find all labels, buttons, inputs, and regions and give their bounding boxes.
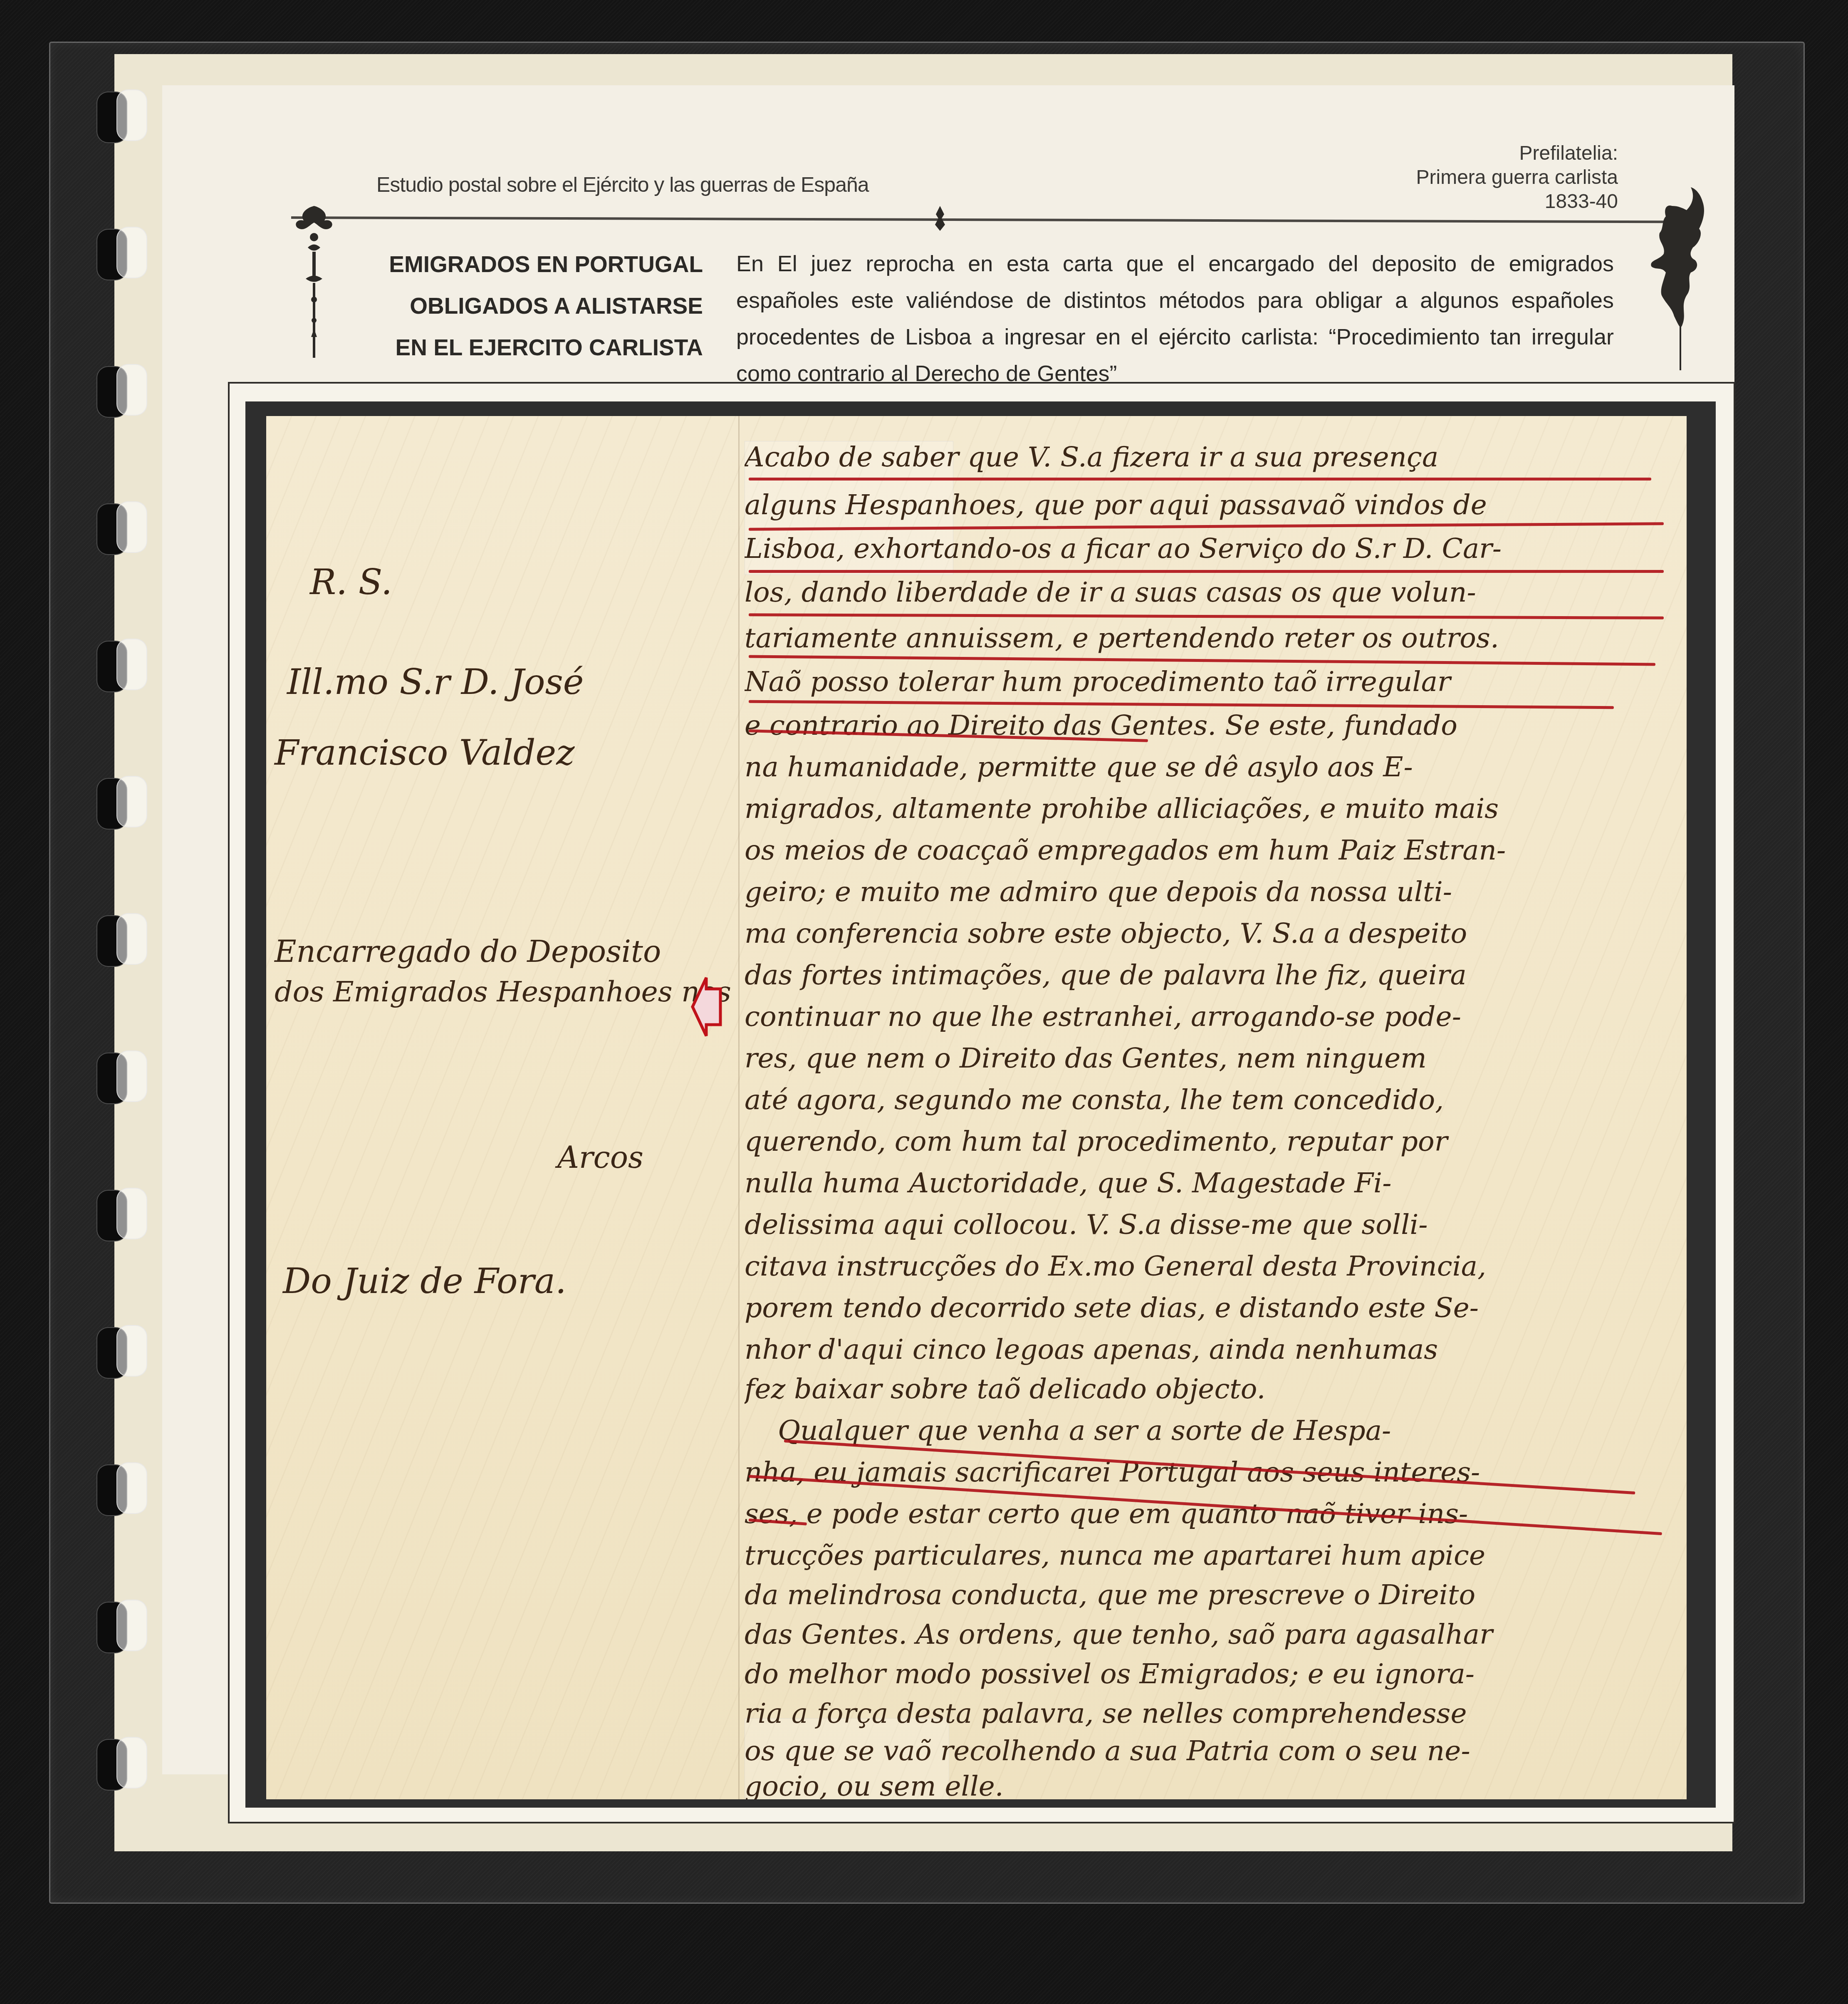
red-underline <box>749 655 1655 666</box>
fold-line <box>738 416 740 1799</box>
rule-ornament-icon <box>932 204 948 233</box>
exhibit-description: En El juez reprocha en esta carta que el… <box>736 245 1614 392</box>
red-arrow-marker-icon <box>690 976 724 1038</box>
letter-line: alguns Hespanhoes, que por aqui passavaõ… <box>745 489 1672 521</box>
letter-line: gocio, ou sem elle. <box>745 1770 1672 1799</box>
letter-line: trucções particulares, nunca me apartare… <box>745 1539 1672 1571</box>
griffin-ornament-icon <box>1641 171 1707 370</box>
letter-line: do melhor modo possivel os Emigrados; e … <box>745 1658 1672 1690</box>
red-underline <box>749 700 1614 709</box>
letter-line: ria a força desta palavra, se nelles com… <box>745 1697 1672 1729</box>
letter-line: até agora, segundo me consta, lhe tem co… <box>745 1084 1672 1116</box>
category-line: 1833-40 <box>1289 190 1618 214</box>
address-line: Arcos <box>557 1140 643 1175</box>
category-block: Prefilatelia: Primera guerra carlista 18… <box>1289 141 1618 214</box>
letter-line: citava instrucções do Ex.mo General dest… <box>745 1250 1672 1282</box>
address-line: Do Juiz de Fora. <box>283 1261 567 1301</box>
letter-line: nhor d'aqui cinco legoas apenas, ainda n… <box>745 1333 1672 1365</box>
address-line: Francisco Valdez <box>275 732 575 773</box>
letter-line: Qualquer que venha a ser a sorte de Hesp… <box>778 1414 1687 1447</box>
series-title: Estudio postal sobre el Ejército y las g… <box>376 173 869 197</box>
address-line: R. S. <box>310 562 392 602</box>
letter-line: continuar no que lhe estranhei, arrogand… <box>745 1001 1672 1033</box>
letter-line: ma conferencia sobre este objecto, V. S.… <box>745 917 1672 949</box>
letter-line: os meios de coacçaõ empregados em hum Pa… <box>745 834 1672 866</box>
letter-line: os que se vaõ recolhendo a sua Patria co… <box>745 1735 1672 1767</box>
letter-line: res, que nem o Direito das Gentes, nem n… <box>745 1042 1672 1074</box>
letter-line: na humanidade, permitte que se dê asylo … <box>745 751 1672 783</box>
letter-line: das fortes intimações, que de palavra lh… <box>745 959 1672 991</box>
letter-line: querendo, com hum tal procedimento, repu… <box>745 1125 1672 1157</box>
red-underline <box>749 478 1651 481</box>
category-line: Primera guerra carlista <box>1289 166 1618 190</box>
letter-line: Acabo de saber que V. S.a fizera ir a su… <box>745 441 1672 473</box>
letter-line: Naõ posso tolerar hum procedimento taõ i… <box>745 666 1672 698</box>
letter-line: los, dando liberdade de ir a suas casas … <box>745 576 1672 608</box>
letter-line: das Gentes. As ordens, que tenho, saõ pa… <box>745 1618 1672 1650</box>
address-line: Ill.mo S.r D. José <box>287 661 584 702</box>
letter-line: e contrario ao Direito das Gentes. Se es… <box>745 709 1672 741</box>
exhibit-title-line: OBLIGADOS A ALISTARSE <box>362 285 703 327</box>
red-underline <box>749 570 1664 573</box>
letter-line: Lisboa, exhortando-os a ficar ao Serviço… <box>745 533 1672 565</box>
red-underline <box>749 613 1664 619</box>
letter-line: geiro; e muito me admiro que depois da n… <box>745 876 1672 908</box>
letter-document: R. S. Ill.mo S.r D. José Francisco Valde… <box>266 416 1687 1799</box>
fleuron-ornament-icon <box>291 204 337 362</box>
binder-holes <box>50 92 116 1860</box>
letter-line: da melindrosa conducta, que me prescreve… <box>745 1579 1672 1611</box>
letter-line: nulla huma Auctoridade, que S. Magestade… <box>745 1167 1672 1199</box>
exhibit-title-line: EN EL EJERCITO CARLISTA <box>362 327 703 368</box>
address-line: dos Emigrados Hespanhoes nos <box>275 976 731 1008</box>
letter-line: migrados, altamente prohibe alliciações,… <box>745 793 1672 825</box>
exhibit-title: EMIGRADOS EN PORTUGAL OBLIGADOS A ALISTA… <box>362 243 703 368</box>
address-line: Encarregado do Deposito <box>275 934 661 969</box>
letter-line: fez baixar sobre taõ delicado objecto. <box>745 1373 1672 1405</box>
letter-line: delissima aqui collocou. V. S.a disse-me… <box>745 1209 1672 1241</box>
exhibit-title-line: EMIGRADOS EN PORTUGAL <box>362 243 703 285</box>
letter-line: porem tendo decorrido sete dias, e dista… <box>745 1292 1672 1324</box>
category-line: Prefilatelia: <box>1289 141 1618 166</box>
letter-line: tariamente annuissem, e pertendendo rete… <box>745 622 1672 654</box>
